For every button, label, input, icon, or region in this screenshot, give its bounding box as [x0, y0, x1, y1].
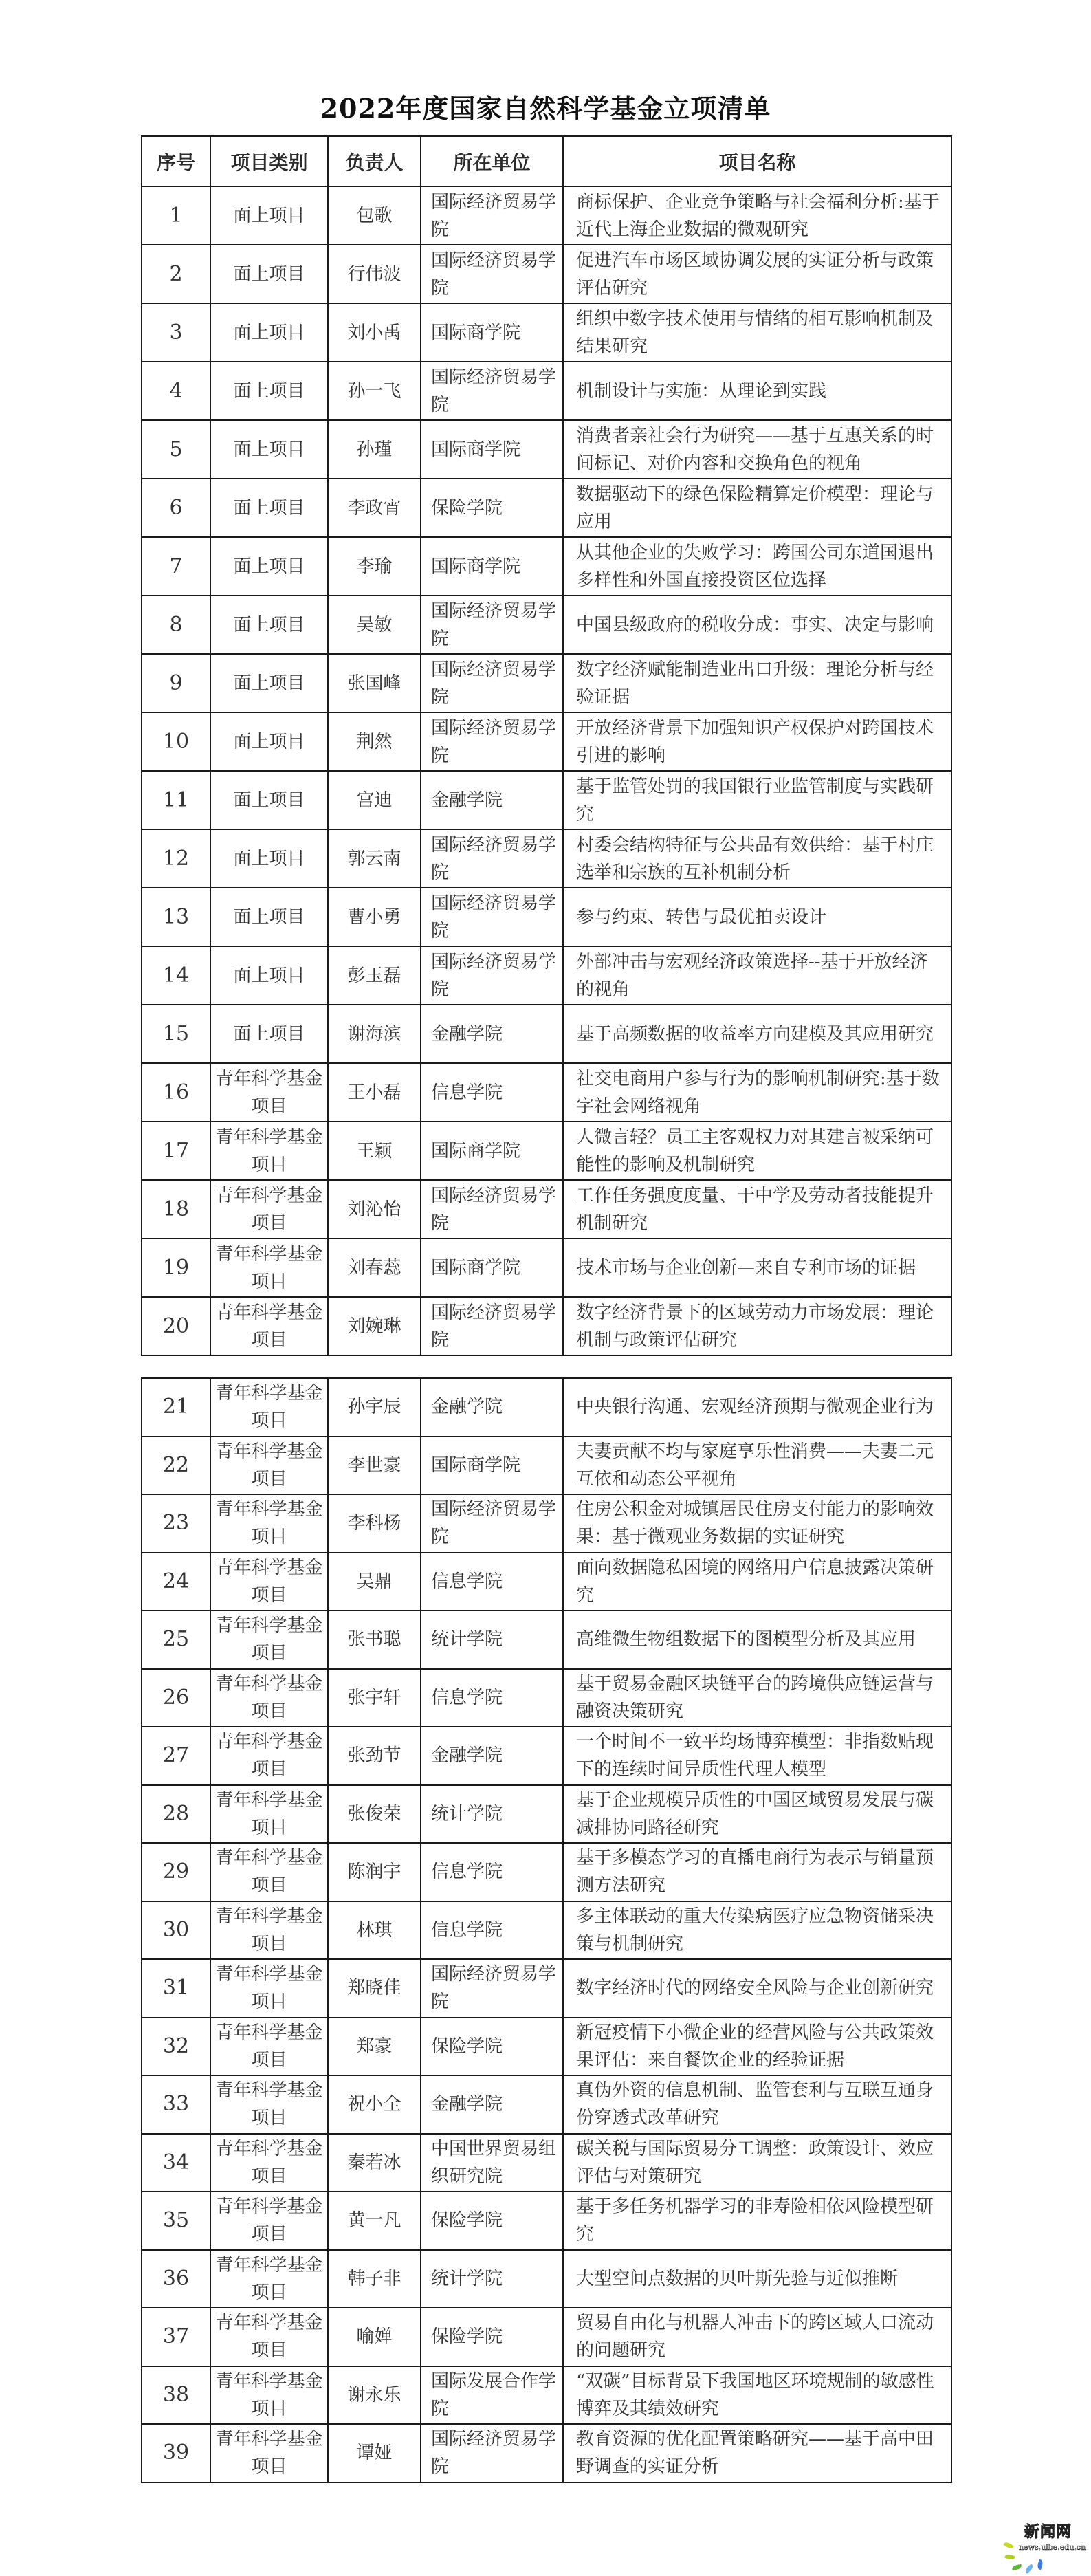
- principal-investigator: 张书聪: [328, 1611, 421, 1669]
- affiliated-unit: 国际经济贸易学院: [421, 1494, 563, 1553]
- projects-table-part-2: 21青年科学基金项目孙宇辰金融学院中央银行沟通、宏观经济预期与微观企业行为22青…: [141, 1377, 952, 2483]
- project-name: 面向数据隐私困境的网络用户信息披露决策研究: [563, 1553, 951, 1611]
- table-row: 9面上项目张国峰国际经济贸易学院数字经济赋能制造业出口升级：理论分析与经验证据: [142, 654, 951, 712]
- principal-investigator: 张宇轩: [328, 1669, 421, 1727]
- table-row: 21青年科学基金项目孙宇辰金融学院中央银行沟通、宏观经济预期与微观企业行为: [142, 1378, 951, 1437]
- project-name: 真伪外资的信息机制、监管套利与互联互通身份穿透式改革研究: [563, 2075, 951, 2134]
- project-category: 面上项目: [210, 537, 328, 596]
- affiliated-unit: 国际商学院: [421, 537, 563, 596]
- principal-investigator: 王小磊: [328, 1063, 421, 1122]
- project-name: 数据驱动下的绿色保险精算定价模型：理论与应用: [563, 479, 951, 537]
- header-unit: 所在单位: [421, 136, 563, 186]
- affiliated-unit: 金融学院: [421, 1727, 563, 1785]
- row-number: 3: [142, 303, 210, 362]
- principal-investigator: 韩子非: [328, 2250, 421, 2308]
- project-category: 面上项目: [210, 303, 328, 362]
- principal-investigator: 曹小勇: [328, 888, 421, 946]
- project-category: 面上项目: [210, 245, 328, 303]
- affiliated-unit: 国际经济贸易学院: [421, 829, 563, 888]
- principal-investigator: 张劲节: [328, 1727, 421, 1785]
- project-name: 消费者亲社会行为研究——基于互惠关系的时间标记、对价内容和交换角色的视角: [563, 420, 951, 479]
- table-row: 38青年科学基金项目谢永乐国际发展合作学院“双碳”目标背景下我国地区环境规制的敏…: [142, 2366, 951, 2425]
- table-row: 19青年科学基金项目刘春蕊国际商学院技术市场与企业创新—来自专利市场的证据: [142, 1238, 951, 1297]
- table-row: 26青年科学基金项目张宇轩信息学院基于贸易金融区块链平台的跨境供应链运营与融资决…: [142, 1669, 951, 1727]
- table-row: 2面上项目行伟波国际经济贸易学院促进汽车市场区域协调发展的实证分析与政策评估研究: [142, 245, 951, 303]
- table-row: 4面上项目孙一飞国际经济贸易学院机制设计与实施：从理论到实践: [142, 362, 951, 420]
- principal-investigator: 刘小禹: [328, 303, 421, 362]
- principal-investigator: 林琪: [328, 1901, 421, 1960]
- table-row: 36青年科学基金项目韩子非统计学院大型空间点数据的贝叶斯先验与近似推断: [142, 2250, 951, 2308]
- table-body-2: 21青年科学基金项目孙宇辰金融学院中央银行沟通、宏观经济预期与微观企业行为22青…: [142, 1378, 951, 2482]
- project-category: 青年科学基金项目: [210, 1785, 328, 1844]
- project-name: 机制设计与实施：从理论到实践: [563, 362, 951, 420]
- project-name: 数字经济背景下的区域劳动力市场发展：理论机制与政策评估研究: [563, 1297, 951, 1355]
- table-row: 24青年科学基金项目吴鼎信息学院面向数据隐私困境的网络用户信息披露决策研究: [142, 1553, 951, 1611]
- project-category: 青年科学基金项目: [210, 1611, 328, 1669]
- affiliated-unit: 国际商学院: [421, 1437, 563, 1495]
- project-name: 社交电商用户参与行为的影响机制研究:基于数字社会网络视角: [563, 1063, 951, 1122]
- affiliated-unit: 保险学院: [421, 479, 563, 537]
- table-row: 29青年科学基金项目陈润宇信息学院基于多模态学习的直播电商行为表示与销量预测方法…: [142, 1843, 951, 1901]
- table-row: 22青年科学基金项目李世豪国际商学院夫妻贡献不均与家庭享乐性消费——夫妻二元互依…: [142, 1437, 951, 1495]
- affiliated-unit: 中国世界贸易组织研究院: [421, 2134, 563, 2192]
- table-row: 39青年科学基金项目谭娅国际经济贸易学院教育资源的优化配置策略研究——基于高中田…: [142, 2424, 951, 2482]
- header-no: 序号: [142, 136, 210, 186]
- project-category: 面上项目: [210, 829, 328, 888]
- principal-investigator: 宫迪: [328, 771, 421, 829]
- row-number: 4: [142, 362, 210, 420]
- table-row: 12面上项目郭云南国际经济贸易学院村委会结构特征与公共品有效供给：基于村庄选举和…: [142, 829, 951, 888]
- project-name: 夫妻贡献不均与家庭享乐性消费——夫妻二元互依和动态公平视角: [563, 1437, 951, 1495]
- table-row: 27青年科学基金项目张劲节金融学院一个时间不一致平均场博弈模型：非指数贴现下的连…: [142, 1727, 951, 1785]
- project-name: 大型空间点数据的贝叶斯先验与近似推断: [563, 2250, 951, 2308]
- principal-investigator: 孙宇辰: [328, 1378, 421, 1437]
- affiliated-unit: 保险学院: [421, 2308, 563, 2366]
- principal-investigator: 刘沁怡: [328, 1180, 421, 1238]
- row-number: 1: [142, 186, 210, 245]
- principal-investigator: 黄一凡: [328, 2192, 421, 2250]
- project-name: 贸易自由化与机器人冲击下的跨区域人口流动的问题研究: [563, 2308, 951, 2366]
- table-row: 7面上项目李瑜国际商学院从其他企业的失败学习：跨国公司东道国退出多样性和外国直接…: [142, 537, 951, 596]
- project-category: 青年科学基金项目: [210, 1901, 328, 1960]
- project-name: 基于企业规模异质性的中国区域贸易发展与碳减排协同路径研究: [563, 1785, 951, 1844]
- table-row: 8面上项目吴敏国际经济贸易学院中国县级政府的税收分成：事实、决定与影响: [142, 596, 951, 654]
- row-number: 6: [142, 479, 210, 537]
- row-number: 38: [142, 2366, 210, 2425]
- affiliated-unit: 统计学院: [421, 1785, 563, 1844]
- row-number: 25: [142, 1611, 210, 1669]
- row-number: 10: [142, 712, 210, 771]
- project-name: 人微言轻？员工主客观权力对其建言被采纳可能性的影响及机制研究: [563, 1122, 951, 1180]
- project-category: 青年科学基金项目: [210, 1494, 328, 1553]
- project-category: 青年科学基金项目: [210, 2250, 328, 2308]
- principal-investigator: 吴敏: [328, 596, 421, 654]
- principal-investigator: 刘婉琳: [328, 1297, 421, 1355]
- row-number: 33: [142, 2075, 210, 2134]
- project-name: 开放经济背景下加强知识产权保护对跨国技术引进的影响: [563, 712, 951, 771]
- affiliated-unit: 国际经济贸易学院: [421, 1180, 563, 1238]
- site-watermark-logo: 新闻网 news.uibe.edu.cn: [1004, 2517, 1091, 2576]
- project-category: 面上项目: [210, 771, 328, 829]
- affiliated-unit: 金融学院: [421, 1005, 563, 1063]
- leaf-icon: [1011, 2564, 1022, 2570]
- project-category: 青年科学基金项目: [210, 2424, 328, 2482]
- project-category: 面上项目: [210, 1005, 328, 1063]
- project-category: 青年科学基金项目: [210, 1122, 328, 1180]
- project-name: 村委会结构特征与公共品有效供给：基于村庄选举和宗族的互补机制分析: [563, 829, 951, 888]
- project-category: 青年科学基金项目: [210, 1180, 328, 1238]
- project-category: 面上项目: [210, 420, 328, 479]
- row-number: 8: [142, 596, 210, 654]
- project-name: 教育资源的优化配置策略研究——基于高中田野调查的实证分析: [563, 2424, 951, 2482]
- project-name: 高维微生物组数据下的图模型分析及其应用: [563, 1611, 951, 1669]
- project-name: 住房公积金对城镇居民住房支付能力的影响效果：基于微观业务数据的实证研究: [563, 1494, 951, 1553]
- project-name: 碳关税与国际贸易分工调整：政策设计、效应评估与对策研究: [563, 2134, 951, 2192]
- principal-investigator: 李瑜: [328, 537, 421, 596]
- project-category: 面上项目: [210, 479, 328, 537]
- principal-investigator: 荆然: [328, 712, 421, 771]
- row-number: 23: [142, 1494, 210, 1553]
- project-category: 青年科学基金项目: [210, 2308, 328, 2366]
- row-number: 32: [142, 2018, 210, 2076]
- row-number: 28: [142, 1785, 210, 1844]
- project-category: 面上项目: [210, 712, 328, 771]
- table-row: 13面上项目曹小勇国际经济贸易学院参与约束、转售与最优拍卖设计: [142, 888, 951, 946]
- affiliated-unit: 统计学院: [421, 2250, 563, 2308]
- project-category: 面上项目: [210, 946, 328, 1005]
- project-category: 青年科学基金项目: [210, 2018, 328, 2076]
- table-row: 33青年科学基金项目祝小全金融学院真伪外资的信息机制、监管套利与互联互通身份穿透…: [142, 2075, 951, 2134]
- page-title: 2022年度国家自然科学基金立项清单: [0, 89, 1091, 128]
- project-name: 中国县级政府的税收分成：事实、决定与影响: [563, 596, 951, 654]
- project-name: 基于多任务机器学习的非寿险相依风险模型研究: [563, 2192, 951, 2250]
- header-project-name: 项目名称: [563, 136, 951, 186]
- row-number: 34: [142, 2134, 210, 2192]
- affiliated-unit: 国际经济贸易学院: [421, 245, 563, 303]
- project-name: 参与约束、转售与最优拍卖设计: [563, 888, 951, 946]
- watermark-url: news.uibe.edu.cn: [1019, 2543, 1086, 2552]
- principal-investigator: 谢海滨: [328, 1005, 421, 1063]
- row-number: 14: [142, 946, 210, 1005]
- table-row: 30青年科学基金项目林琪信息学院多主体联动的重大传染病医疗应急物资储采决策与机制…: [142, 1901, 951, 1960]
- affiliated-unit: 信息学院: [421, 1901, 563, 1960]
- project-category: 青年科学基金项目: [210, 1669, 328, 1727]
- row-number: 24: [142, 1553, 210, 1611]
- table-row: 15面上项目谢海滨金融学院基于高频数据的收益率方向建模及其应用研究: [142, 1005, 951, 1063]
- principal-investigator: 王颖: [328, 1122, 421, 1180]
- row-number: 15: [142, 1005, 210, 1063]
- principal-investigator: 喻婵: [328, 2308, 421, 2366]
- project-category: 青年科学基金项目: [210, 1553, 328, 1611]
- table-row: 6面上项目李政宵保险学院数据驱动下的绿色保险精算定价模型：理论与应用: [142, 479, 951, 537]
- affiliated-unit: 国际经济贸易学院: [421, 2424, 563, 2482]
- row-number: 37: [142, 2308, 210, 2366]
- project-name: 多主体联动的重大传染病医疗应急物资储采决策与机制研究: [563, 1901, 951, 1960]
- affiliated-unit: 国际经济贸易学院: [421, 362, 563, 420]
- affiliated-unit: 统计学院: [421, 1611, 563, 1669]
- project-name: 基于高频数据的收益率方向建模及其应用研究: [563, 1005, 951, 1063]
- table-body-1: 1面上项目包歌国际经济贸易学院商标保护、企业竞争策略与社会福利分析:基于近代上海…: [142, 186, 951, 1355]
- project-name: 基于监管处罚的我国银行业监管制度与实践研究: [563, 771, 951, 829]
- principal-investigator: 谢永乐: [328, 2366, 421, 2425]
- row-number: 27: [142, 1727, 210, 1785]
- table-row: 5面上项目孙瑾国际商学院消费者亲社会行为研究——基于互惠关系的时间标记、对价内容…: [142, 420, 951, 479]
- principal-investigator: 张国峰: [328, 654, 421, 712]
- principal-investigator: 李科杨: [328, 1494, 421, 1553]
- project-category: 青年科学基金项目: [210, 1843, 328, 1901]
- affiliated-unit: 国际经济贸易学院: [421, 1297, 563, 1355]
- row-number: 19: [142, 1238, 210, 1297]
- affiliated-unit: 信息学院: [421, 1843, 563, 1901]
- affiliated-unit: 信息学院: [421, 1063, 563, 1122]
- principal-investigator: 行伟波: [328, 245, 421, 303]
- affiliated-unit: 国际经济贸易学院: [421, 654, 563, 712]
- table-row: 37青年科学基金项目喻婵保险学院贸易自由化与机器人冲击下的跨区域人口流动的问题研…: [142, 2308, 951, 2366]
- affiliated-unit: 国际经济贸易学院: [421, 1959, 563, 2018]
- table-header-row: 序号 项目类别 负责人 所在单位 项目名称: [142, 136, 951, 186]
- project-name: 基于贸易金融区块链平台的跨境供应链运营与融资决策研究: [563, 1669, 951, 1727]
- table-row: 32青年科学基金项目郑豪保险学院新冠疫情下小微企业的经营风险与公共政策效果评估：…: [142, 2018, 951, 2076]
- project-category: 青年科学基金项目: [210, 1297, 328, 1355]
- table-row: 18青年科学基金项目刘沁怡国际经济贸易学院工作任务强度度量、干中学及劳动者技能提…: [142, 1180, 951, 1238]
- project-name: 基于多模态学习的直播电商行为表示与销量预测方法研究: [563, 1843, 951, 1901]
- affiliated-unit: 国际商学院: [421, 303, 563, 362]
- row-number: 13: [142, 888, 210, 946]
- row-number: 22: [142, 1437, 210, 1495]
- affiliated-unit: 信息学院: [421, 1553, 563, 1611]
- principal-investigator: 谭娅: [328, 2424, 421, 2482]
- project-category: 青年科学基金项目: [210, 2134, 328, 2192]
- project-category: 面上项目: [210, 186, 328, 245]
- affiliated-unit: 金融学院: [421, 2075, 563, 2134]
- principal-investigator: 吴鼎: [328, 1553, 421, 1611]
- affiliated-unit: 金融学院: [421, 771, 563, 829]
- row-number: 11: [142, 771, 210, 829]
- project-category: 青年科学基金项目: [210, 1959, 328, 2018]
- table-row: 17青年科学基金项目王颖国际商学院人微言轻？员工主客观权力对其建言被采纳可能性的…: [142, 1122, 951, 1180]
- row-number: 18: [142, 1180, 210, 1238]
- project-name: 组织中数字技术使用与情绪的相互影响机制及结果研究: [563, 303, 951, 362]
- project-name: 外部冲击与宏观经济政策选择--基于开放经济的视角: [563, 946, 951, 1005]
- affiliated-unit: 金融学院: [421, 1378, 563, 1437]
- project-category: 青年科学基金项目: [210, 1238, 328, 1297]
- project-name: 从其他企业的失败学习：跨国公司东道国退出多样性和外国直接投资区位选择: [563, 537, 951, 596]
- projects-table-part-1: 序号 项目类别 负责人 所在单位 项目名称 1面上项目包歌国际经济贸易学院商标保…: [141, 135, 952, 1356]
- table-row: 1面上项目包歌国际经济贸易学院商标保护、企业竞争策略与社会福利分析:基于近代上海…: [142, 186, 951, 245]
- project-category: 青年科学基金项目: [210, 1437, 328, 1495]
- affiliated-unit: 信息学院: [421, 1669, 563, 1727]
- row-number: 21: [142, 1378, 210, 1437]
- table-row: 3面上项目刘小禹国际商学院组织中数字技术使用与情绪的相互影响机制及结果研究: [142, 303, 951, 362]
- table-row: 16青年科学基金项目王小磊信息学院社交电商用户参与行为的影响机制研究:基于数字社…: [142, 1063, 951, 1122]
- table-row: 28青年科学基金项目张俊荣统计学院基于企业规模异质性的中国区域贸易发展与碳减排协…: [142, 1785, 951, 1844]
- principal-investigator: 陈润宇: [328, 1843, 421, 1901]
- table-row: 20青年科学基金项目刘婉琳国际经济贸易学院数字经济背景下的区域劳动力市场发展：理…: [142, 1297, 951, 1355]
- row-number: 9: [142, 654, 210, 712]
- table-row: 35青年科学基金项目黄一凡保险学院基于多任务机器学习的非寿险相依风险模型研究: [142, 2192, 951, 2250]
- project-name: 工作任务强度度量、干中学及劳动者技能提升机制研究: [563, 1180, 951, 1238]
- row-number: 26: [142, 1669, 210, 1727]
- project-category: 青年科学基金项目: [210, 2192, 328, 2250]
- project-category: 青年科学基金项目: [210, 1727, 328, 1785]
- project-name: 一个时间不一致平均场博弈模型：非指数贴现下的连续时间异质性代理人模型: [563, 1727, 951, 1785]
- row-number: 5: [142, 420, 210, 479]
- table-row: 31青年科学基金项目郑晓佳国际经济贸易学院数字经济时代的网络安全风险与企业创新研…: [142, 1959, 951, 2018]
- affiliated-unit: 国际经济贸易学院: [421, 888, 563, 946]
- leaf-icon: [1036, 2559, 1044, 2570]
- table-row: 11面上项目宫迪金融学院基于监管处罚的我国银行业监管制度与实践研究: [142, 771, 951, 829]
- leaf-icon: [1003, 2541, 1013, 2551]
- project-name: 商标保护、企业竞争策略与社会福利分析:基于近代上海企业数据的微观研究: [563, 186, 951, 245]
- project-name: 新冠疫情下小微企业的经营风险与公共政策效果评估：来自餐饮企业的经验证据: [563, 2018, 951, 2076]
- project-category: 面上项目: [210, 888, 328, 946]
- affiliated-unit: 国际发展合作学院: [421, 2366, 563, 2425]
- row-number: 31: [142, 1959, 210, 2018]
- project-name: 促进汽车市场区域协调发展的实证分析与政策评估研究: [563, 245, 951, 303]
- row-number: 36: [142, 2250, 210, 2308]
- project-category: 青年科学基金项目: [210, 2075, 328, 2134]
- row-number: 2: [142, 245, 210, 303]
- principal-investigator: 郭云南: [328, 829, 421, 888]
- principal-investigator: 郑晓佳: [328, 1959, 421, 2018]
- row-number: 12: [142, 829, 210, 888]
- watermark-title: 新闻网: [1024, 2520, 1072, 2542]
- project-name: 技术市场与企业创新—来自专利市场的证据: [563, 1238, 951, 1297]
- project-category: 面上项目: [210, 596, 328, 654]
- affiliated-unit: 国际商学院: [421, 1238, 563, 1297]
- row-number: 16: [142, 1063, 210, 1122]
- project-category: 面上项目: [210, 362, 328, 420]
- leaf-icon: [1004, 2553, 1015, 2561]
- row-number: 30: [142, 1901, 210, 1960]
- principal-investigator: 李政宵: [328, 479, 421, 537]
- principal-investigator: 孙一飞: [328, 362, 421, 420]
- row-number: 17: [142, 1122, 210, 1180]
- table-row: 14面上项目彭玉磊国际经济贸易学院外部冲击与宏观经济政策选择--基于开放经济的视…: [142, 946, 951, 1005]
- principal-investigator: 郑豪: [328, 2018, 421, 2076]
- principal-investigator: 包歌: [328, 186, 421, 245]
- table-row: 34青年科学基金项目秦若冰中国世界贸易组织研究院碳关税与国际贸易分工调整：政策设…: [142, 2134, 951, 2192]
- project-category: 青年科学基金项目: [210, 1378, 328, 1437]
- affiliated-unit: 国际经济贸易学院: [421, 596, 563, 654]
- affiliated-unit: 国际经济贸易学院: [421, 712, 563, 771]
- row-number: 39: [142, 2424, 210, 2482]
- table-row: 25青年科学基金项目张书聪统计学院高维微生物组数据下的图模型分析及其应用: [142, 1611, 951, 1669]
- principal-investigator: 秦若冰: [328, 2134, 421, 2192]
- row-number: 20: [142, 1297, 210, 1355]
- affiliated-unit: 国际经济贸易学院: [421, 186, 563, 245]
- project-name: 数字经济时代的网络安全风险与企业创新研究: [563, 1959, 951, 2018]
- principal-investigator: 孙瑾: [328, 420, 421, 479]
- project-name: “双碳”目标背景下我国地区环境规制的敏感性博弈及其绩效研究: [563, 2366, 951, 2425]
- project-category: 青年科学基金项目: [210, 1063, 328, 1122]
- principal-investigator: 李世豪: [328, 1437, 421, 1495]
- principal-investigator: 张俊荣: [328, 1785, 421, 1844]
- row-number: 7: [142, 537, 210, 596]
- row-number: 29: [142, 1843, 210, 1901]
- principal-investigator: 祝小全: [328, 2075, 421, 2134]
- affiliated-unit: 国际商学院: [421, 420, 563, 479]
- principal-investigator: 刘春蕊: [328, 1238, 421, 1297]
- principal-investigator: 彭玉磊: [328, 946, 421, 1005]
- header-category: 项目类别: [210, 136, 328, 186]
- row-number: 35: [142, 2192, 210, 2250]
- project-name: 中央银行沟通、宏观经济预期与微观企业行为: [563, 1378, 951, 1437]
- table-row: 23青年科学基金项目李科杨国际经济贸易学院住房公积金对城镇居民住房支付能力的影响…: [142, 1494, 951, 1553]
- affiliated-unit: 保险学院: [421, 2192, 563, 2250]
- affiliated-unit: 国际商学院: [421, 1122, 563, 1180]
- leaf-icon: [1024, 2564, 1034, 2573]
- header-lead: 负责人: [328, 136, 421, 186]
- affiliated-unit: 国际经济贸易学院: [421, 946, 563, 1005]
- project-category: 面上项目: [210, 654, 328, 712]
- table-row: 10面上项目荆然国际经济贸易学院开放经济背景下加强知识产权保护对跨国技术引进的影…: [142, 712, 951, 771]
- project-category: 青年科学基金项目: [210, 2366, 328, 2425]
- affiliated-unit: 保险学院: [421, 2018, 563, 2076]
- project-name: 数字经济赋能制造业出口升级：理论分析与经验证据: [563, 654, 951, 712]
